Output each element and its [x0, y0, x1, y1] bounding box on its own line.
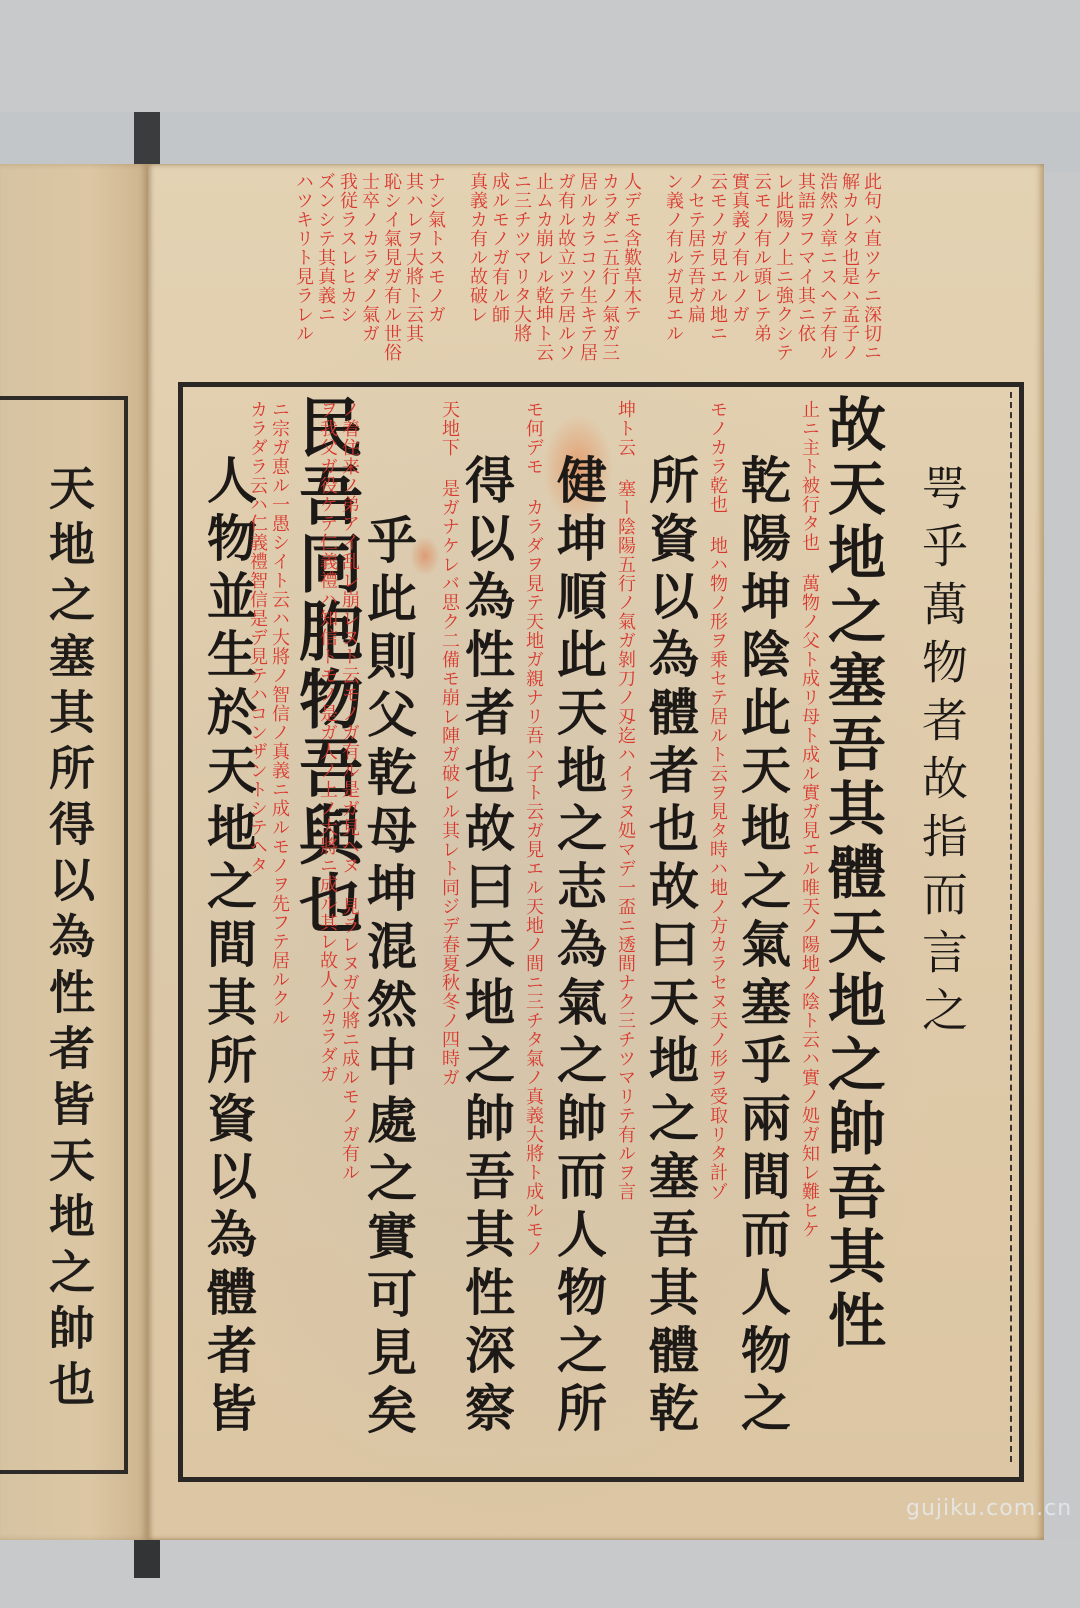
text-frame-inner-rule	[1010, 392, 1012, 1462]
top-annotation: 其語ヲフマイ其ニ依	[794, 172, 816, 382]
top-annotation: ナシ氣トスモノガ	[424, 172, 446, 382]
left-page-text-column: 天地之塞其所得以為性者皆天地之帥也	[34, 464, 104, 1416]
interlinear-annotation: 天地下 是ガナケレバ思ク二備モ崩レ陣ガ破レル其レト同ジデ春夏秋冬ノ四時ガ	[438, 400, 460, 1470]
top-annotation: 云モノ有ル頭レテ弟	[750, 172, 772, 382]
main-text-column-3: 乾陽坤陰此天地之氣塞乎兩間而人物之	[734, 454, 790, 1440]
top-annotation: 成ルモノガ有ル師	[488, 172, 510, 382]
interlinear-annotation: ヲ我父ガ役ケテ仁義禮ハ知信トモノ是ガ人ノ上ノ大將ニ成ル其レ故人ノカラダガ	[316, 400, 338, 1470]
main-text-column-2: 故天地之塞吾其體天地之帥吾其性	[820, 394, 884, 1354]
interlinear-annotation: カラダラ云ハ仁義禮智信是デ見テハコンザントシテヘタ	[246, 400, 268, 1470]
top-annotation: 浩然ノ章ニスヘテ有ル	[816, 172, 838, 382]
top-annotation: カラダニ五行ノ氣ガ三	[598, 172, 620, 382]
scan-background-band	[0, 112, 1080, 172]
top-annotation: 云モノガ見エル地ニ	[706, 172, 728, 382]
main-text-column-4: 所資以為體者也故曰天地之塞吾其體乾	[642, 454, 698, 1440]
left-page: 天地之塞其所得以為性者皆天地之帥也	[0, 164, 148, 1540]
interlinear-annotation: モノカラ乾也 地ハ物ノ形ヲ乗セテ居ルト云ヲ見タ時ハ地ノ方カラセヌ天ノ形ヲ受取リタ…	[706, 400, 728, 1470]
interlinear-annotation: モ何デモ カラダヲ見テ天地ガ親ナリ吾ハ子ト云ガ見エル天地ノ間ニ三チタ氣ノ真義大將…	[522, 400, 544, 1470]
top-annotation: 其ハレヲ大將ト云其	[402, 172, 424, 382]
top-annotation: ン義ノ有ルガ見エル	[662, 172, 684, 382]
top-annotation: 真義カ有ル故破レ	[466, 172, 488, 382]
top-annotation: ガ有ル故立ツテ居ルソ	[554, 172, 576, 382]
top-annotation: 恥シイ氣見ガ有ル世俗	[380, 172, 402, 382]
top-annotation: ニ三チツマリタ大將	[510, 172, 532, 382]
interlinear-annotation: ニ宗ガ恵ル一愚シイト云ハ大將ノ智信ノ真義ニ成ルモノヲ先フテ居ルクル	[268, 400, 290, 1470]
top-annotation: 止ムカ崩レル乾坤ト云	[532, 172, 554, 382]
top-annotation: 人デモ含歎草木テ	[620, 172, 642, 382]
main-text-column-7: 乎此則父乾母坤混然中處之實可見矣	[360, 514, 416, 1442]
scan-background-bottom	[0, 1540, 1080, 1608]
top-annotation: ズンシテ其真義ニ	[314, 172, 336, 382]
top-annotation: レ此陽ノ上ニ強クシテ	[772, 172, 794, 382]
main-text-column-6: 得以為性者也故曰天地之帥吾其性深察	[458, 454, 514, 1440]
site-watermark: gujiku.com.cn	[906, 1496, 1072, 1521]
interlinear-annotation: 止ニ主ト被行タ也 萬物ノ父ト成リ母ト成ル實ガ見エル唯天ノ陽地ノ陰ト云ハ實ノ処ガ知…	[798, 400, 820, 1470]
top-annotation: 解カレタ也是ハ孟子ノ	[838, 172, 860, 382]
interlinear-annotation: 坤ト云 塞ー陰陽五行ノ氣ガ剝刀ノ刄迄ハイラヌ処マデ一盃ニ透間ナク三チツマリテ有ル…	[614, 400, 636, 1470]
top-annotation: 實真義ノ有ルノガ	[728, 172, 750, 382]
book-spine	[134, 112, 160, 170]
top-annotation: 居ルカラコソ生キテ居	[576, 172, 598, 382]
top-annotation: ハツキリト見ラレル	[292, 172, 314, 382]
main-text-column-1: 咢乎萬物者故指而言之	[914, 464, 970, 1044]
scan-background-top	[0, 0, 1080, 112]
main-text-column-5: 健坤順此天地之志為氣之帥而人物之所	[550, 454, 606, 1440]
top-annotation: 此句ハ直ツケニ深切ニ	[860, 172, 882, 382]
interlinear-annotation: ノ着住来ノ弟アイ乱レ崩レヌト云モノガ有ル是ガ見ヘヌ 見ラレヌガ大將ニ成ルモノガ有…	[338, 400, 360, 1470]
top-annotation: 士卒ノカラダノ氣ガ	[358, 172, 380, 382]
top-annotation: 我従ラスレヒカシ	[336, 172, 358, 382]
top-annotation: ノセテ居テ吾ガ扁	[684, 172, 706, 382]
right-page: 此句ハ直ツケニ深切ニ 解カレタ也是ハ孟子ノ 浩然ノ章ニスヘテ有ル 其語ヲフマイ其…	[148, 164, 1044, 1540]
